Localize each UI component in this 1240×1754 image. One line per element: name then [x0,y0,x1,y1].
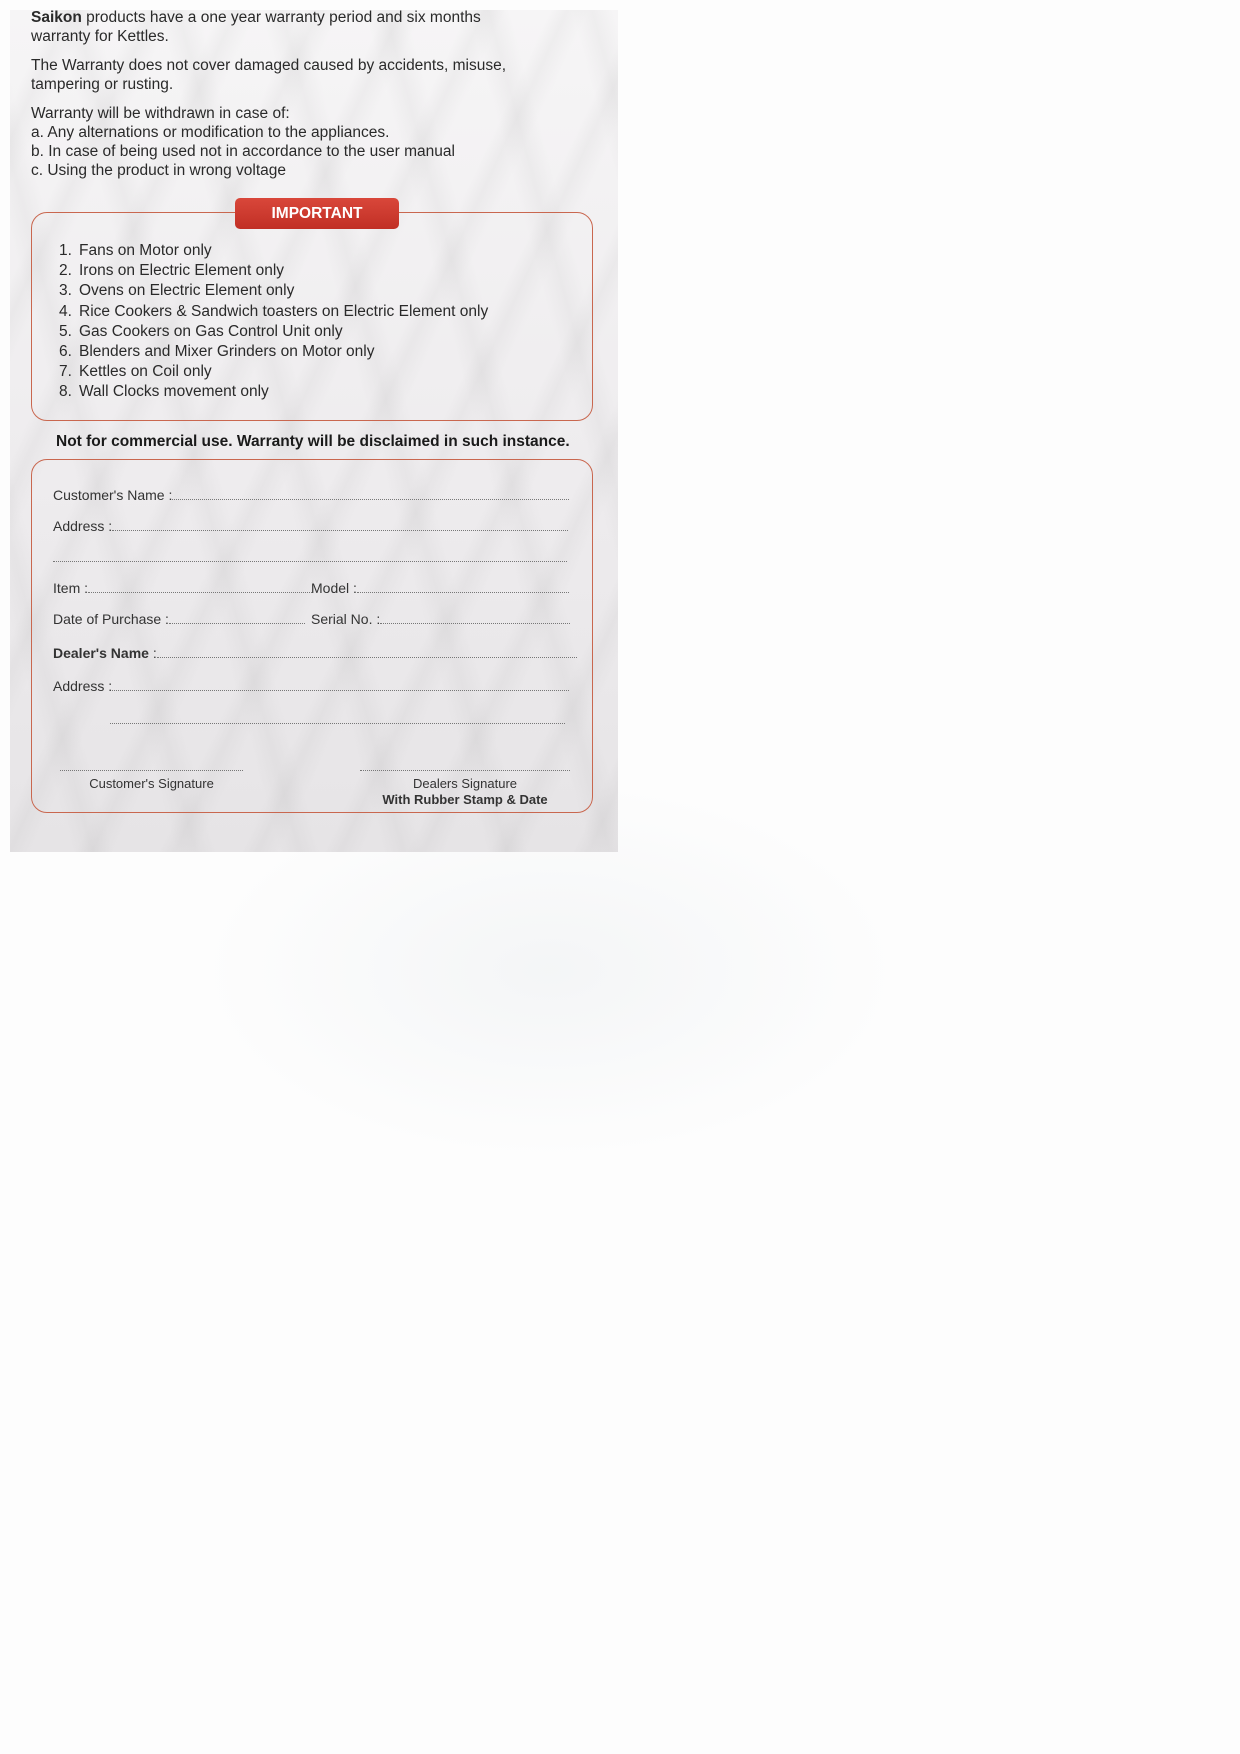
model-field[interactable]: Model : [311,580,569,596]
serial-no-label: Serial No. : [311,611,380,627]
withdrawn-heading: Warranty will be withdrawn in case of: [31,104,290,123]
list-item: 8.Wall Clocks movement only [59,382,488,402]
intro-line-1: Saikon products have a one year warranty… [31,8,481,27]
list-item: 3.Ovens on Electric Element only [59,281,488,301]
intro-line-2: warranty for Kettles. [31,27,169,46]
date-of-purchase-line[interactable] [169,613,305,624]
dealer-name-field[interactable]: Dealer's Name : [53,645,577,661]
dealer-name-line[interactable] [157,647,577,658]
customer-name-line[interactable] [172,489,569,500]
coverage-line-2: tampering or rusting. [31,75,173,94]
warranty-form-box [31,459,593,813]
commercial-use-notice: Not for commercial use. Warranty will be… [56,433,570,451]
important-list: 1.Fans on Motor only 2.Irons on Electric… [59,241,488,403]
item-line[interactable] [88,582,312,593]
dealer-address-field[interactable]: Address : [53,678,569,694]
withdrawn-item: c. Using the product in wrong voltage [31,161,286,180]
list-item: 7.Kettles on Coil only [59,362,488,382]
list-item: 5.Gas Cookers on Gas Control Unit only [59,322,488,342]
important-badge: IMPORTANT [235,198,399,229]
list-item: 2.Irons on Electric Element only [59,261,488,281]
date-of-purchase-label: Date of Purchase : [53,611,169,627]
list-item: 4.Rice Cookers & Sandwich toasters on El… [59,302,488,322]
brand-name: Saikon [31,9,82,26]
serial-no-line[interactable] [380,613,570,624]
dealer-signature-label: Dealers Signature [360,776,570,791]
dealer-address-field-2[interactable] [110,711,565,727]
list-item: 6.Blenders and Mixer Grinders on Motor o… [59,342,488,362]
dealer-address-label: Address : [53,678,112,694]
dealer-address-line-2[interactable] [110,713,565,724]
customer-signature-line[interactable] [60,770,243,771]
model-label: Model : [311,580,357,596]
date-of-purchase-field[interactable]: Date of Purchase : [53,611,305,627]
dealer-name-label: Dealer's Name [53,645,149,661]
customer-name-label: Customer's Name : [53,487,172,503]
customer-name-field[interactable]: Customer's Name : [53,487,569,503]
model-line[interactable] [357,582,569,593]
customer-address-label: Address : [53,518,112,534]
customer-signature-label: Customer's Signature [60,776,243,791]
customer-address-field[interactable]: Address : [53,518,568,534]
withdrawn-item: b. In case of being used not in accordan… [31,142,455,161]
dealer-signature-line[interactable] [360,770,570,771]
item-label: Item : [53,580,88,596]
customer-address-line-2[interactable] [53,551,567,562]
dealer-signature-note: With Rubber Stamp & Date [360,792,570,807]
list-item: 1.Fans on Motor only [59,241,488,261]
customer-address-line[interactable] [112,520,568,531]
customer-address-field-2[interactable] [53,549,567,565]
serial-no-field[interactable]: Serial No. : [311,611,570,627]
dealer-address-line[interactable] [112,680,569,691]
item-field[interactable]: Item : [53,580,312,596]
coverage-line-1: The Warranty does not cover damaged caus… [31,56,506,75]
withdrawn-item: a. Any alternations or modification to t… [31,123,389,142]
